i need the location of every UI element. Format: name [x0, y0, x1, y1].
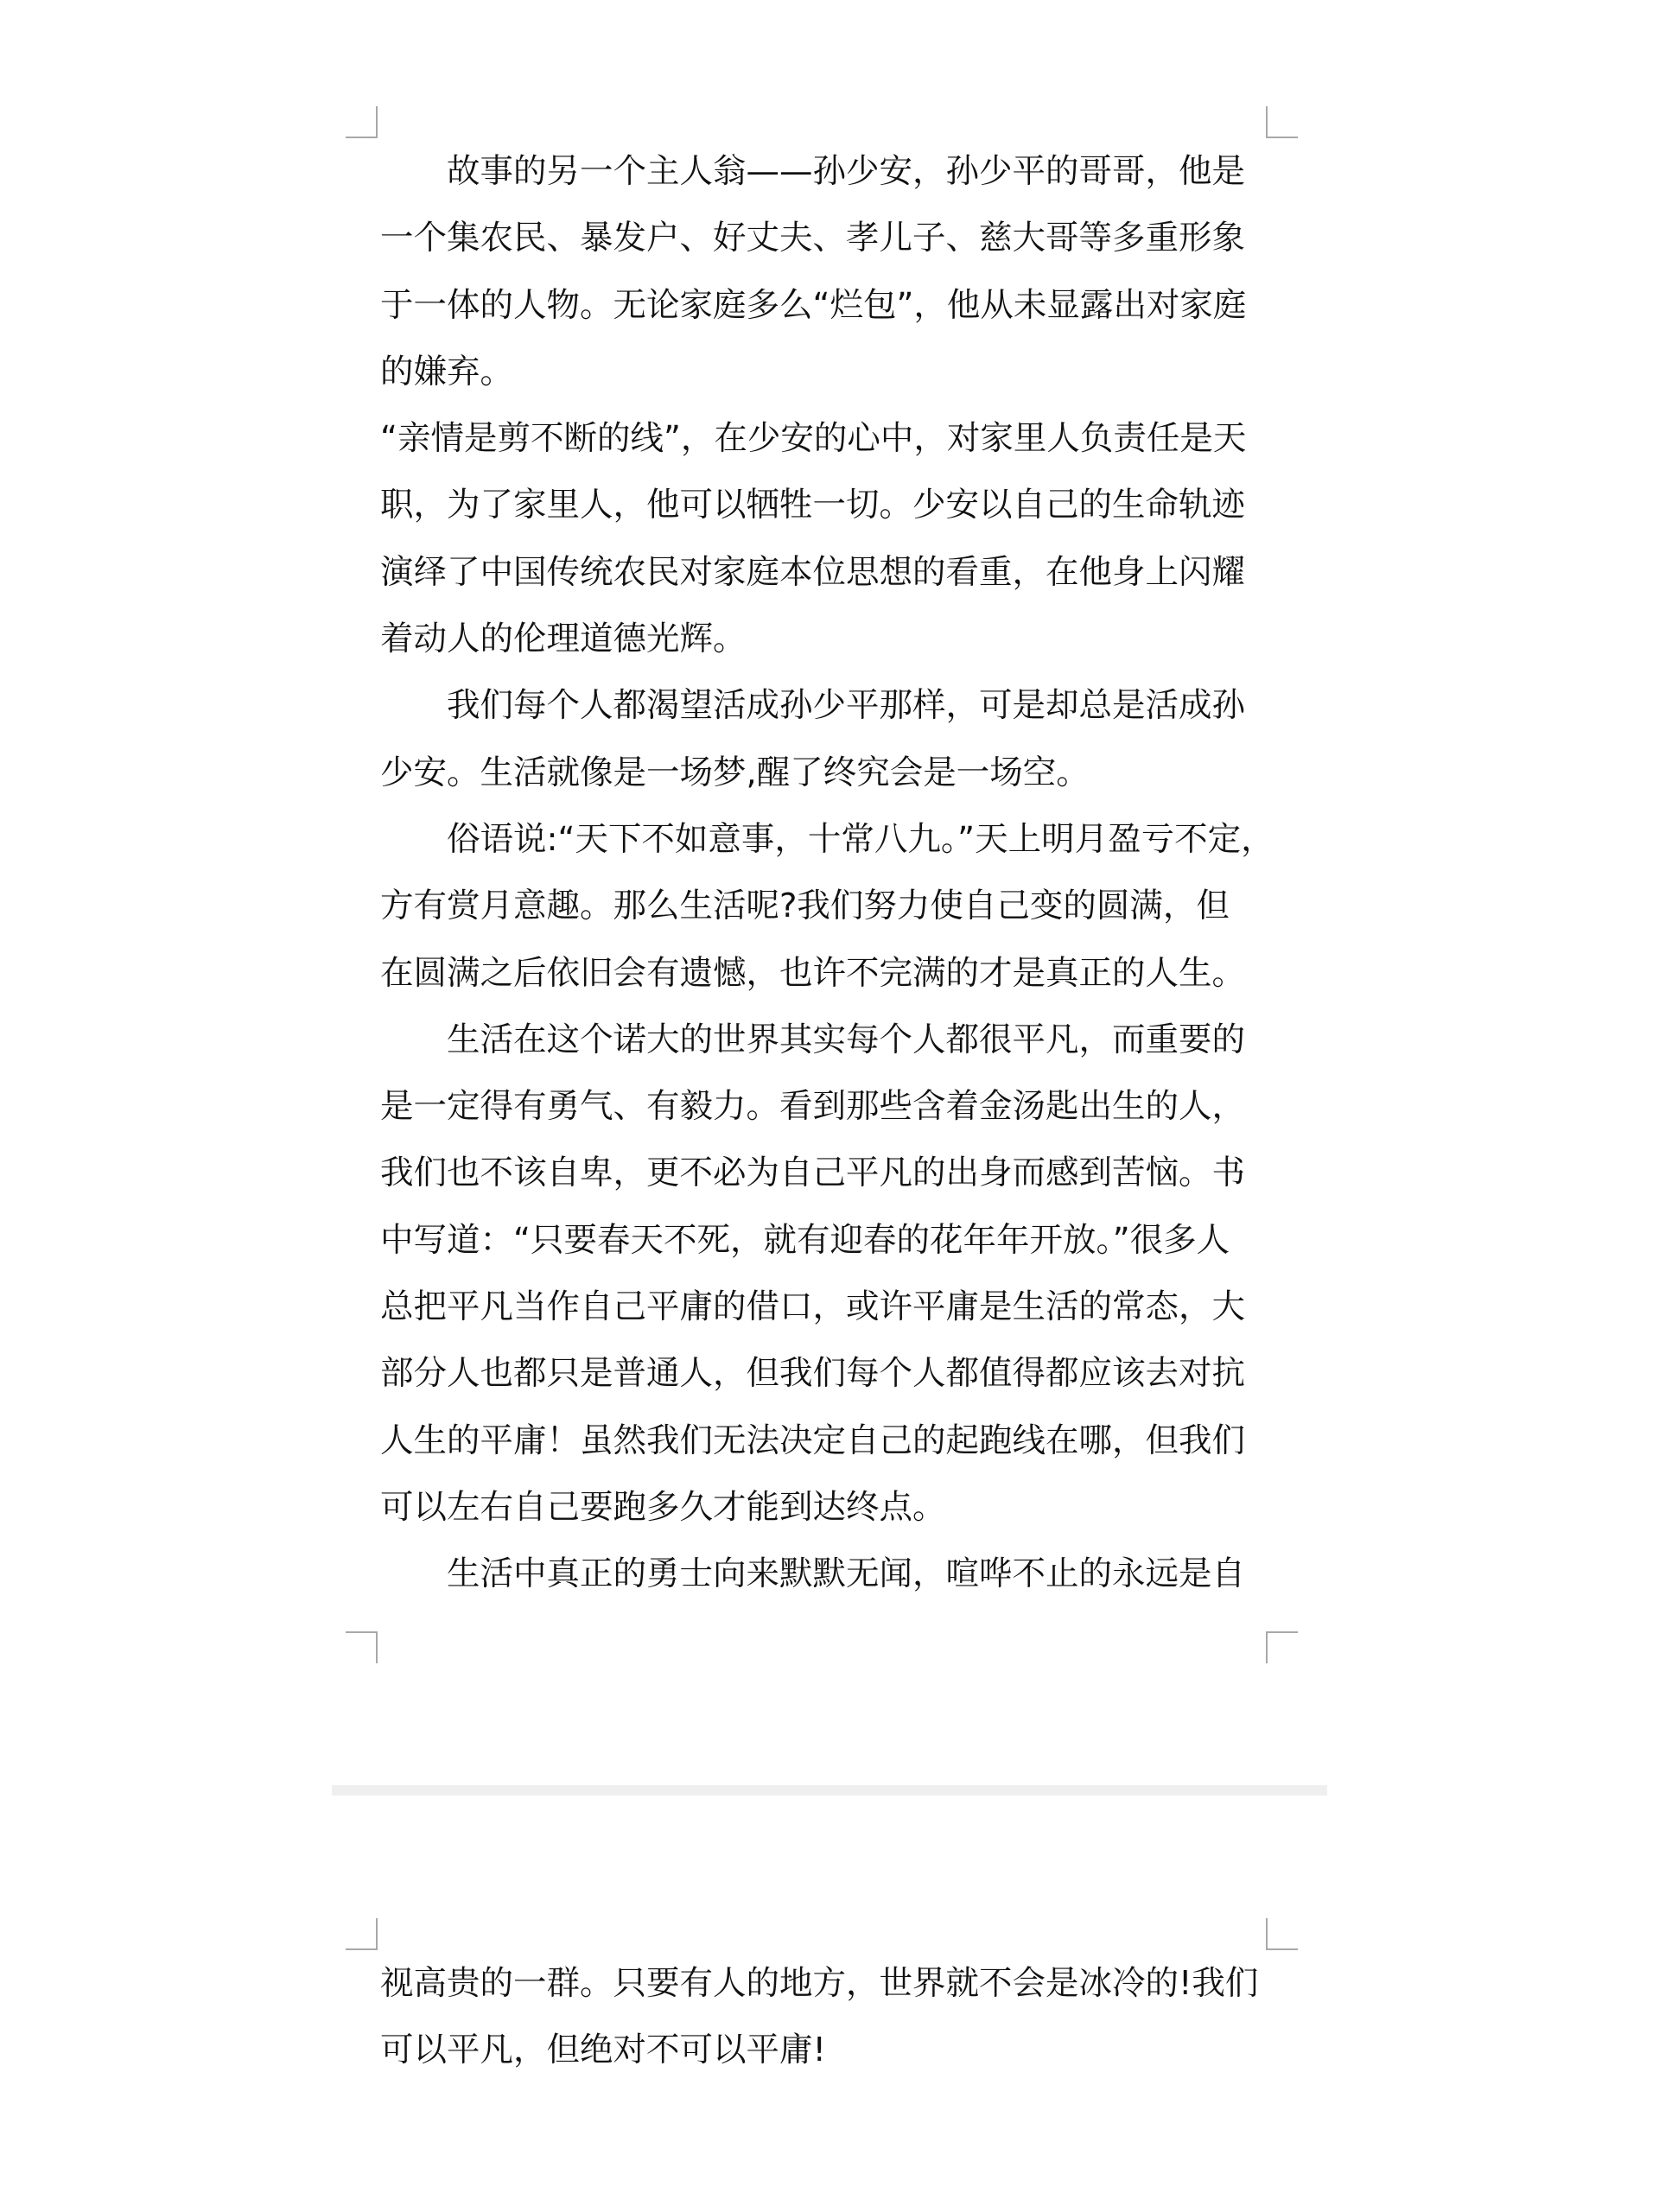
text-line: 可以平凡，但绝对不可以平庸!: [380, 2017, 1267, 2083]
paragraph: 我们每个人都渴望活成孙少平那样，可是却总是活成孙 少安。生活就像是一场梦,醒了终…: [380, 672, 1267, 806]
text-line: 职，为了家里人，他可以牺牲一切。少安以自己的生命轨迹: [380, 472, 1267, 538]
paragraph: 视高贵的一群。只要有人的地方，世界就不会是冰冷的!我们 可以平凡，但绝对不可以平…: [380, 1950, 1267, 2084]
paragraph: 故事的另一个主人翁——孙少安，孙少平的哥哥，他是 一个集农民、暴发户、好丈夫、孝…: [380, 138, 1267, 405]
paragraph: “亲情是剪不断的线”，在少安的心中，对家里人负责任是天 职，为了家里人，他可以牺…: [380, 405, 1267, 672]
text-line: 生活中真正的勇士向来默默无闻，喧哗不止的永远是自: [380, 1541, 1267, 1607]
text-line: 的嫌弃。: [380, 339, 1267, 405]
text-line: 于一体的人物。无论家庭多么“烂包”，他从未显露出对家庭: [380, 272, 1267, 339]
text-line: 总把平凡当作自己平庸的借口，或许平庸是生活的常态，大: [380, 1274, 1267, 1340]
text-line: “亲情是剪不断的线”，在少安的心中，对家里人负责任是天: [380, 405, 1267, 472]
page1-body: 故事的另一个主人翁——孙少安，孙少平的哥哥，他是 一个集农民、暴发户、好丈夫、孝…: [380, 138, 1267, 1608]
text-line: 在圆满之后依旧会有遗憾，也许不完满的才是真正的人生。: [380, 940, 1267, 1007]
paragraph: 俗语说:“天下不如意事，十常八九。”天上明月盈亏不定， 方有赏月意趣。那么生活呢…: [380, 806, 1267, 1007]
page1-bottom-right-corner-mark: [1266, 1631, 1298, 1663]
text-line: 生活在这个诺大的世界其实每个人都很平凡，而重要的: [380, 1007, 1267, 1073]
page1-top-left-corner-mark: [346, 106, 378, 138]
text-line: 我们每个人都渴望活成孙少平那样，可是却总是活成孙: [380, 672, 1267, 739]
text-line: 俗语说:“天下不如意事，十常八九。”天上明月盈亏不定，: [380, 806, 1267, 873]
text-line: 演绎了中国传统农民对家庭本位思想的看重，在他身上闪耀: [380, 539, 1267, 606]
page2-body: 视高贵的一群。只要有人的地方，世界就不会是冰冷的!我们 可以平凡，但绝对不可以平…: [380, 1950, 1267, 2084]
text-line: 人生的平庸！虽然我们无法决定自己的起跑线在哪，但我们: [380, 1408, 1267, 1474]
text-line: 方有赏月意趣。那么生活呢?我们努力使自己变的圆满，但: [380, 873, 1267, 939]
text-line: 视高贵的一群。只要有人的地方，世界就不会是冰冷的!我们: [380, 1950, 1267, 2017]
text-line: 可以左右自己要跑多久才能到达终点。: [380, 1474, 1267, 1541]
text-line: 我们也不该自卑，更不必为自己平凡的出身而感到苦恼。书: [380, 1140, 1267, 1206]
text-line: 中写道：“只要春天不死，就有迎春的花年年开放。”很多人: [380, 1207, 1267, 1274]
page-separator: [332, 1785, 1327, 1796]
paragraph: 生活中真正的勇士向来默默无闻，喧哗不止的永远是自: [380, 1541, 1267, 1607]
page1-top-right-corner-mark: [1266, 106, 1298, 138]
text-line: 少安。生活就像是一场梦,醒了终究会是一场空。: [380, 740, 1267, 806]
text-line: 部分人也都只是普通人，但我们每个人都值得都应该去对抗: [380, 1340, 1267, 1407]
text-line: 着动人的伦理道德光辉。: [380, 606, 1267, 672]
paragraph: 生活在这个诺大的世界其实每个人都很平凡，而重要的 是一定得有勇气、有毅力。看到那…: [380, 1007, 1267, 1541]
text-line: 故事的另一个主人翁——孙少安，孙少平的哥哥，他是: [380, 138, 1267, 205]
text-line: 一个集农民、暴发户、好丈夫、孝儿子、慈大哥等多重形象: [380, 205, 1267, 271]
text-line: 是一定得有勇气、有毅力。看到那些含着金汤匙出生的人，: [380, 1073, 1267, 1140]
page2-top-left-corner-mark: [346, 1918, 378, 1950]
page1-bottom-left-corner-mark: [346, 1631, 378, 1663]
page2-top-right-corner-mark: [1266, 1918, 1298, 1950]
